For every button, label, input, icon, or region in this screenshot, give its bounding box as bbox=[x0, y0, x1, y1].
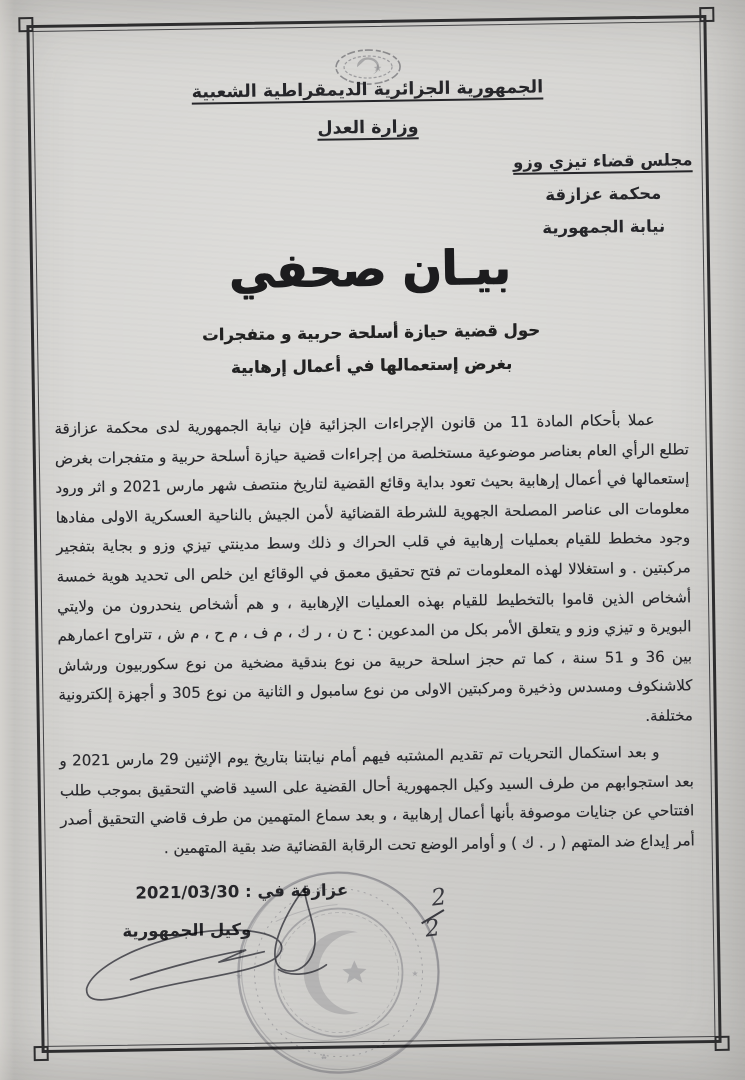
svg-text:٭: ٭ bbox=[411, 966, 418, 981]
document-sheet: الجمهورية الجزائرية الديمقراطية الشعبية … bbox=[26, 15, 721, 1053]
court-line: محكمة عزازقة bbox=[513, 176, 693, 212]
prosecutor-signature bbox=[67, 872, 369, 1026]
frame-corner-ornament bbox=[18, 17, 33, 32]
body-paragraph-2: و بعد استكمال التحريات تم تقديم المشتبه … bbox=[59, 737, 695, 865]
court-identification-block: مجلس قضاء تيزي وزو محكمة عزازقة نيابة ال… bbox=[513, 143, 694, 245]
page-number-numerator: 2 bbox=[430, 884, 448, 912]
svg-text:؞: ؞ bbox=[320, 1053, 328, 1069]
judicial-council-line: مجلس قضاء تيزي وزو bbox=[513, 143, 693, 179]
scanned-press-release-page: الجمهورية الجزائرية الديمقراطية الشعبية … bbox=[0, 0, 745, 1080]
body-paragraph-1: عملا بأحكام المادة 11 من قانون الإجراءات… bbox=[54, 405, 693, 740]
frame-corner-ornament bbox=[699, 7, 714, 22]
frame-corner-ornament bbox=[34, 1046, 49, 1061]
handwritten-page-number: 2 2 bbox=[414, 885, 461, 947]
frame-corner-ornament bbox=[714, 1036, 729, 1051]
page-number-denominator: 2 bbox=[424, 915, 442, 943]
document-title: بيـان صحفي bbox=[30, 236, 711, 302]
